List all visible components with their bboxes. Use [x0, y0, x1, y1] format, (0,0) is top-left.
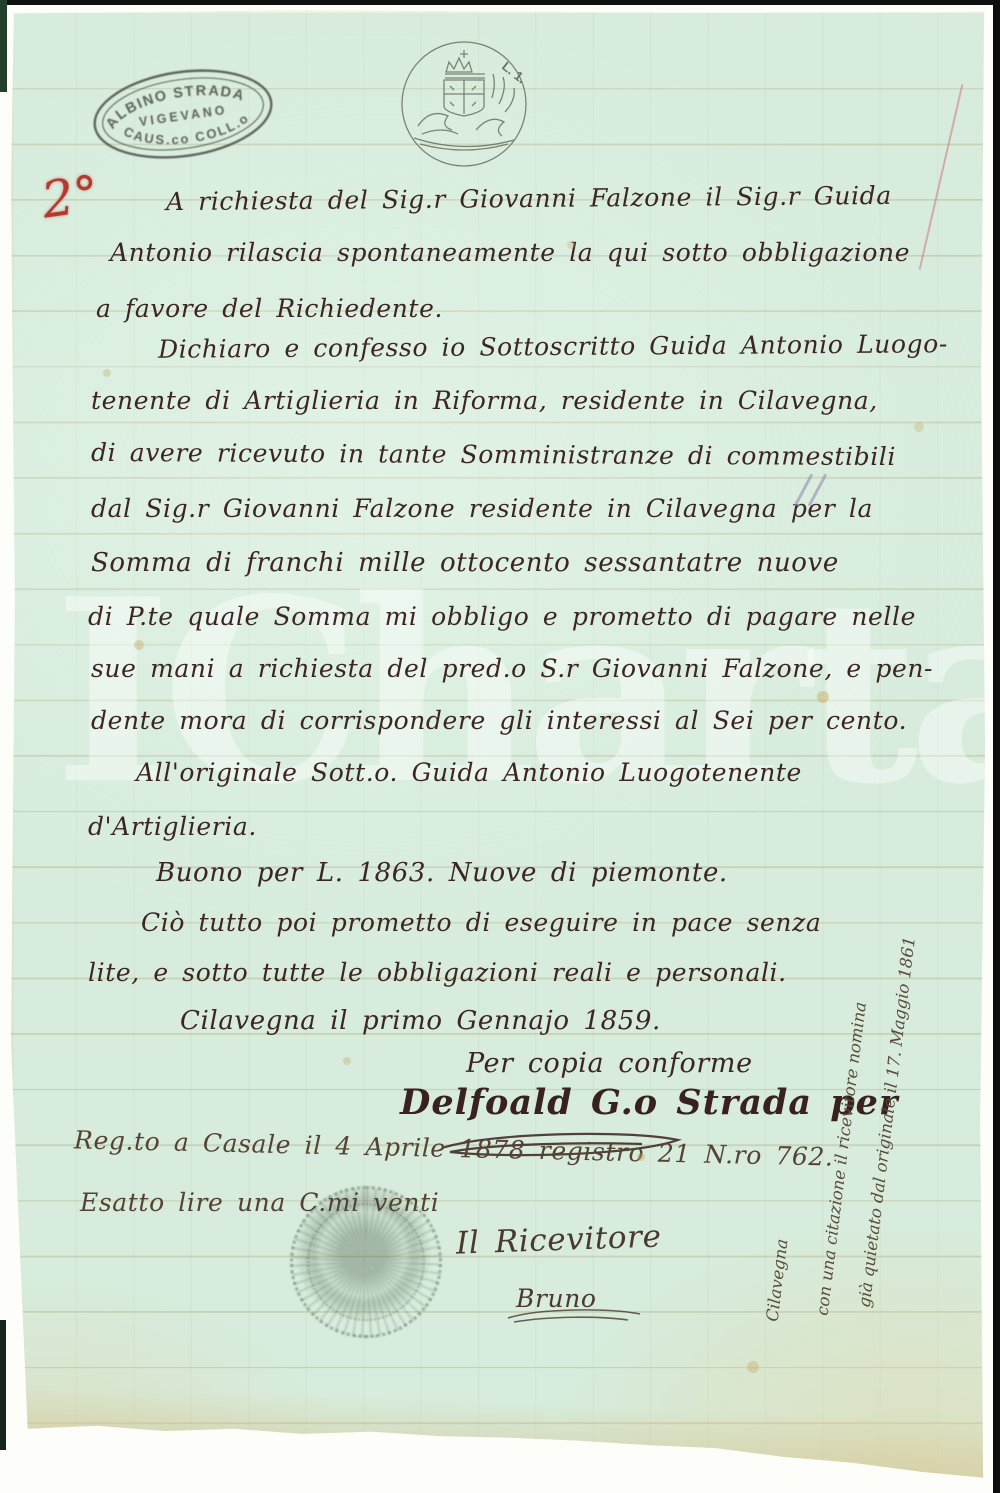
scan-edge-top [0, 0, 1000, 5]
pencil-check-mark [802, 472, 854, 512]
body-line: Antonio rilascia spontaneamente la qui s… [110, 238, 910, 267]
receiver-title: Il Ricevitore [455, 1218, 662, 1261]
body-line: di P.te quale Somma mi obbligo e promett… [88, 602, 916, 631]
document-page: ICharta ALBINO STRADA VIGEVANO CAUS.co C… [8, 6, 990, 1488]
paper-top-edge [8, 6, 990, 13]
body-line: lite, e sotto tutte le obbligazioni real… [88, 958, 787, 987]
body-line: d'Artiglieria. [88, 812, 257, 841]
oval-notary-stamp: ALBINO STRADA VIGEVANO CAUS.co COLL.o [82, 51, 284, 176]
body-line: Somma di franchi mille ottocento sessant… [91, 548, 839, 578]
body-line: dente mora di corrispondere gli interess… [91, 706, 907, 735]
scan-edge-corner [0, 0, 7, 92]
red-index-mark: 2° [38, 164, 102, 229]
per-copia-conforme: Per copia conforme [466, 1048, 753, 1079]
body-line: a favore del Richiedente. [96, 294, 443, 323]
notary-signature: Delfoald G.o Strada per [400, 1082, 898, 1123]
faded-office-round-stamp [290, 1186, 442, 1338]
torn-bottom-edge [0, 1383, 1000, 1493]
body-line: A richiesta del Sig.r Giovanni Falzone i… [166, 181, 892, 216]
paper-crease [919, 84, 964, 270]
body-line: All'originale Sott.o. Guida Antonio Luog… [136, 758, 802, 787]
scanned-document: ICharta ALBINO STRADA VIGEVANO CAUS.co C… [0, 0, 1000, 1493]
body-line: Ciò tutto poi prometto di eseguire in pa… [141, 908, 821, 937]
body-line: tenente di Artiglieria in Riforma, resid… [91, 386, 878, 415]
body-line: di avere ricevuto in tante Somministranz… [91, 438, 896, 471]
body-line: Cilavegna il primo Gennajo 1859. [180, 1006, 661, 1036]
foxing-spots [8, 6, 14, 12]
receiver-flourish [500, 1278, 650, 1328]
body-line: dal Sig.r Giovanni Falzone residente in … [91, 494, 873, 523]
seal-cross-icon [460, 50, 468, 58]
marginal-note-line: Cilavegna [763, 1238, 792, 1323]
scan-edge-left [0, 1320, 6, 1450]
seal-grass-icon [492, 74, 514, 112]
body-line: Buono per L. 1863. Nuove di piemonte. [156, 858, 728, 888]
embossed-revenue-seal: L. 1. [398, 34, 532, 174]
body-line: sue mani a richiesta del pred.o S.r Giov… [91, 654, 933, 683]
scan-edge-right [993, 0, 1000, 1493]
body-line: Dichiaro e confesso io Sottoscritto Guid… [158, 329, 948, 364]
